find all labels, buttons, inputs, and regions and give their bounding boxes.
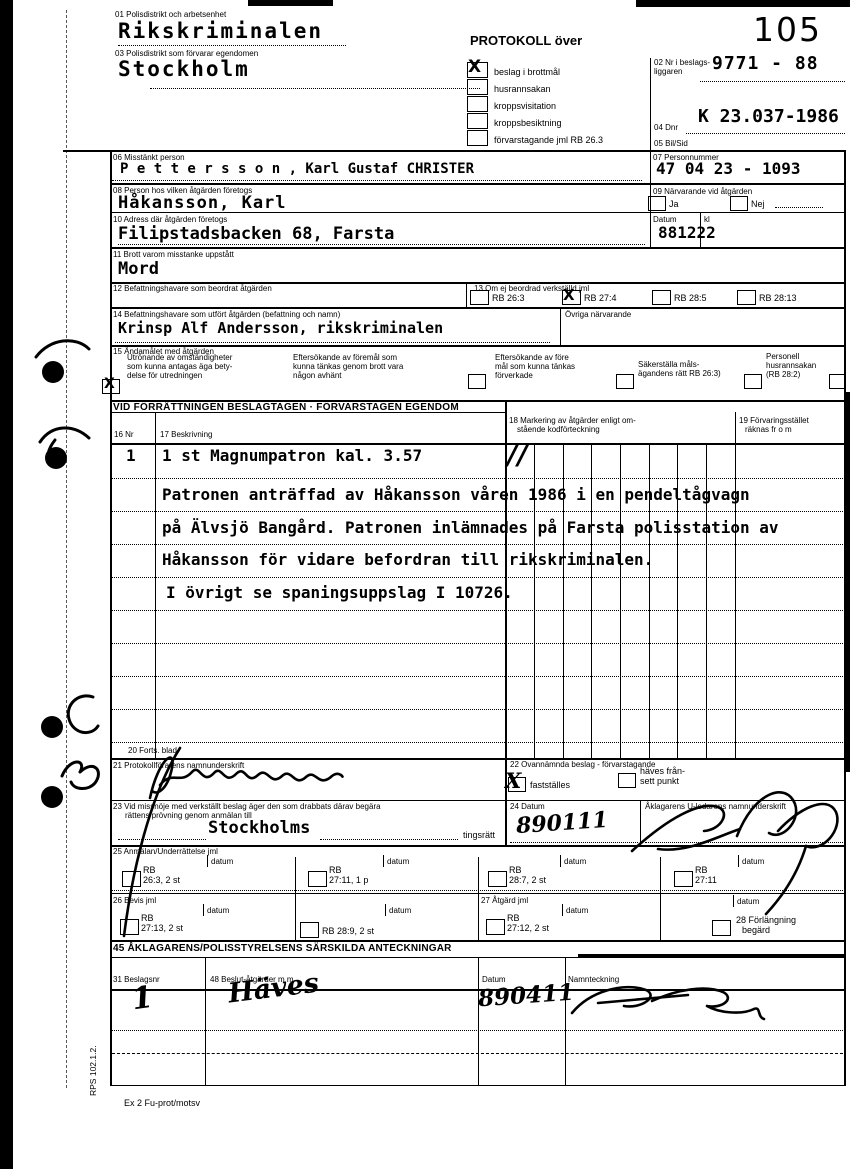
signature-protokollforare [124, 748, 343, 936]
signature-namnteckning-bottom [572, 987, 764, 1019]
ink-overlay [0, 0, 850, 1169]
scanned-police-protocol: 105 01 Polisdistrikt och arbetsenhet Rik… [0, 0, 850, 1169]
signature-aklagare [632, 792, 837, 914]
